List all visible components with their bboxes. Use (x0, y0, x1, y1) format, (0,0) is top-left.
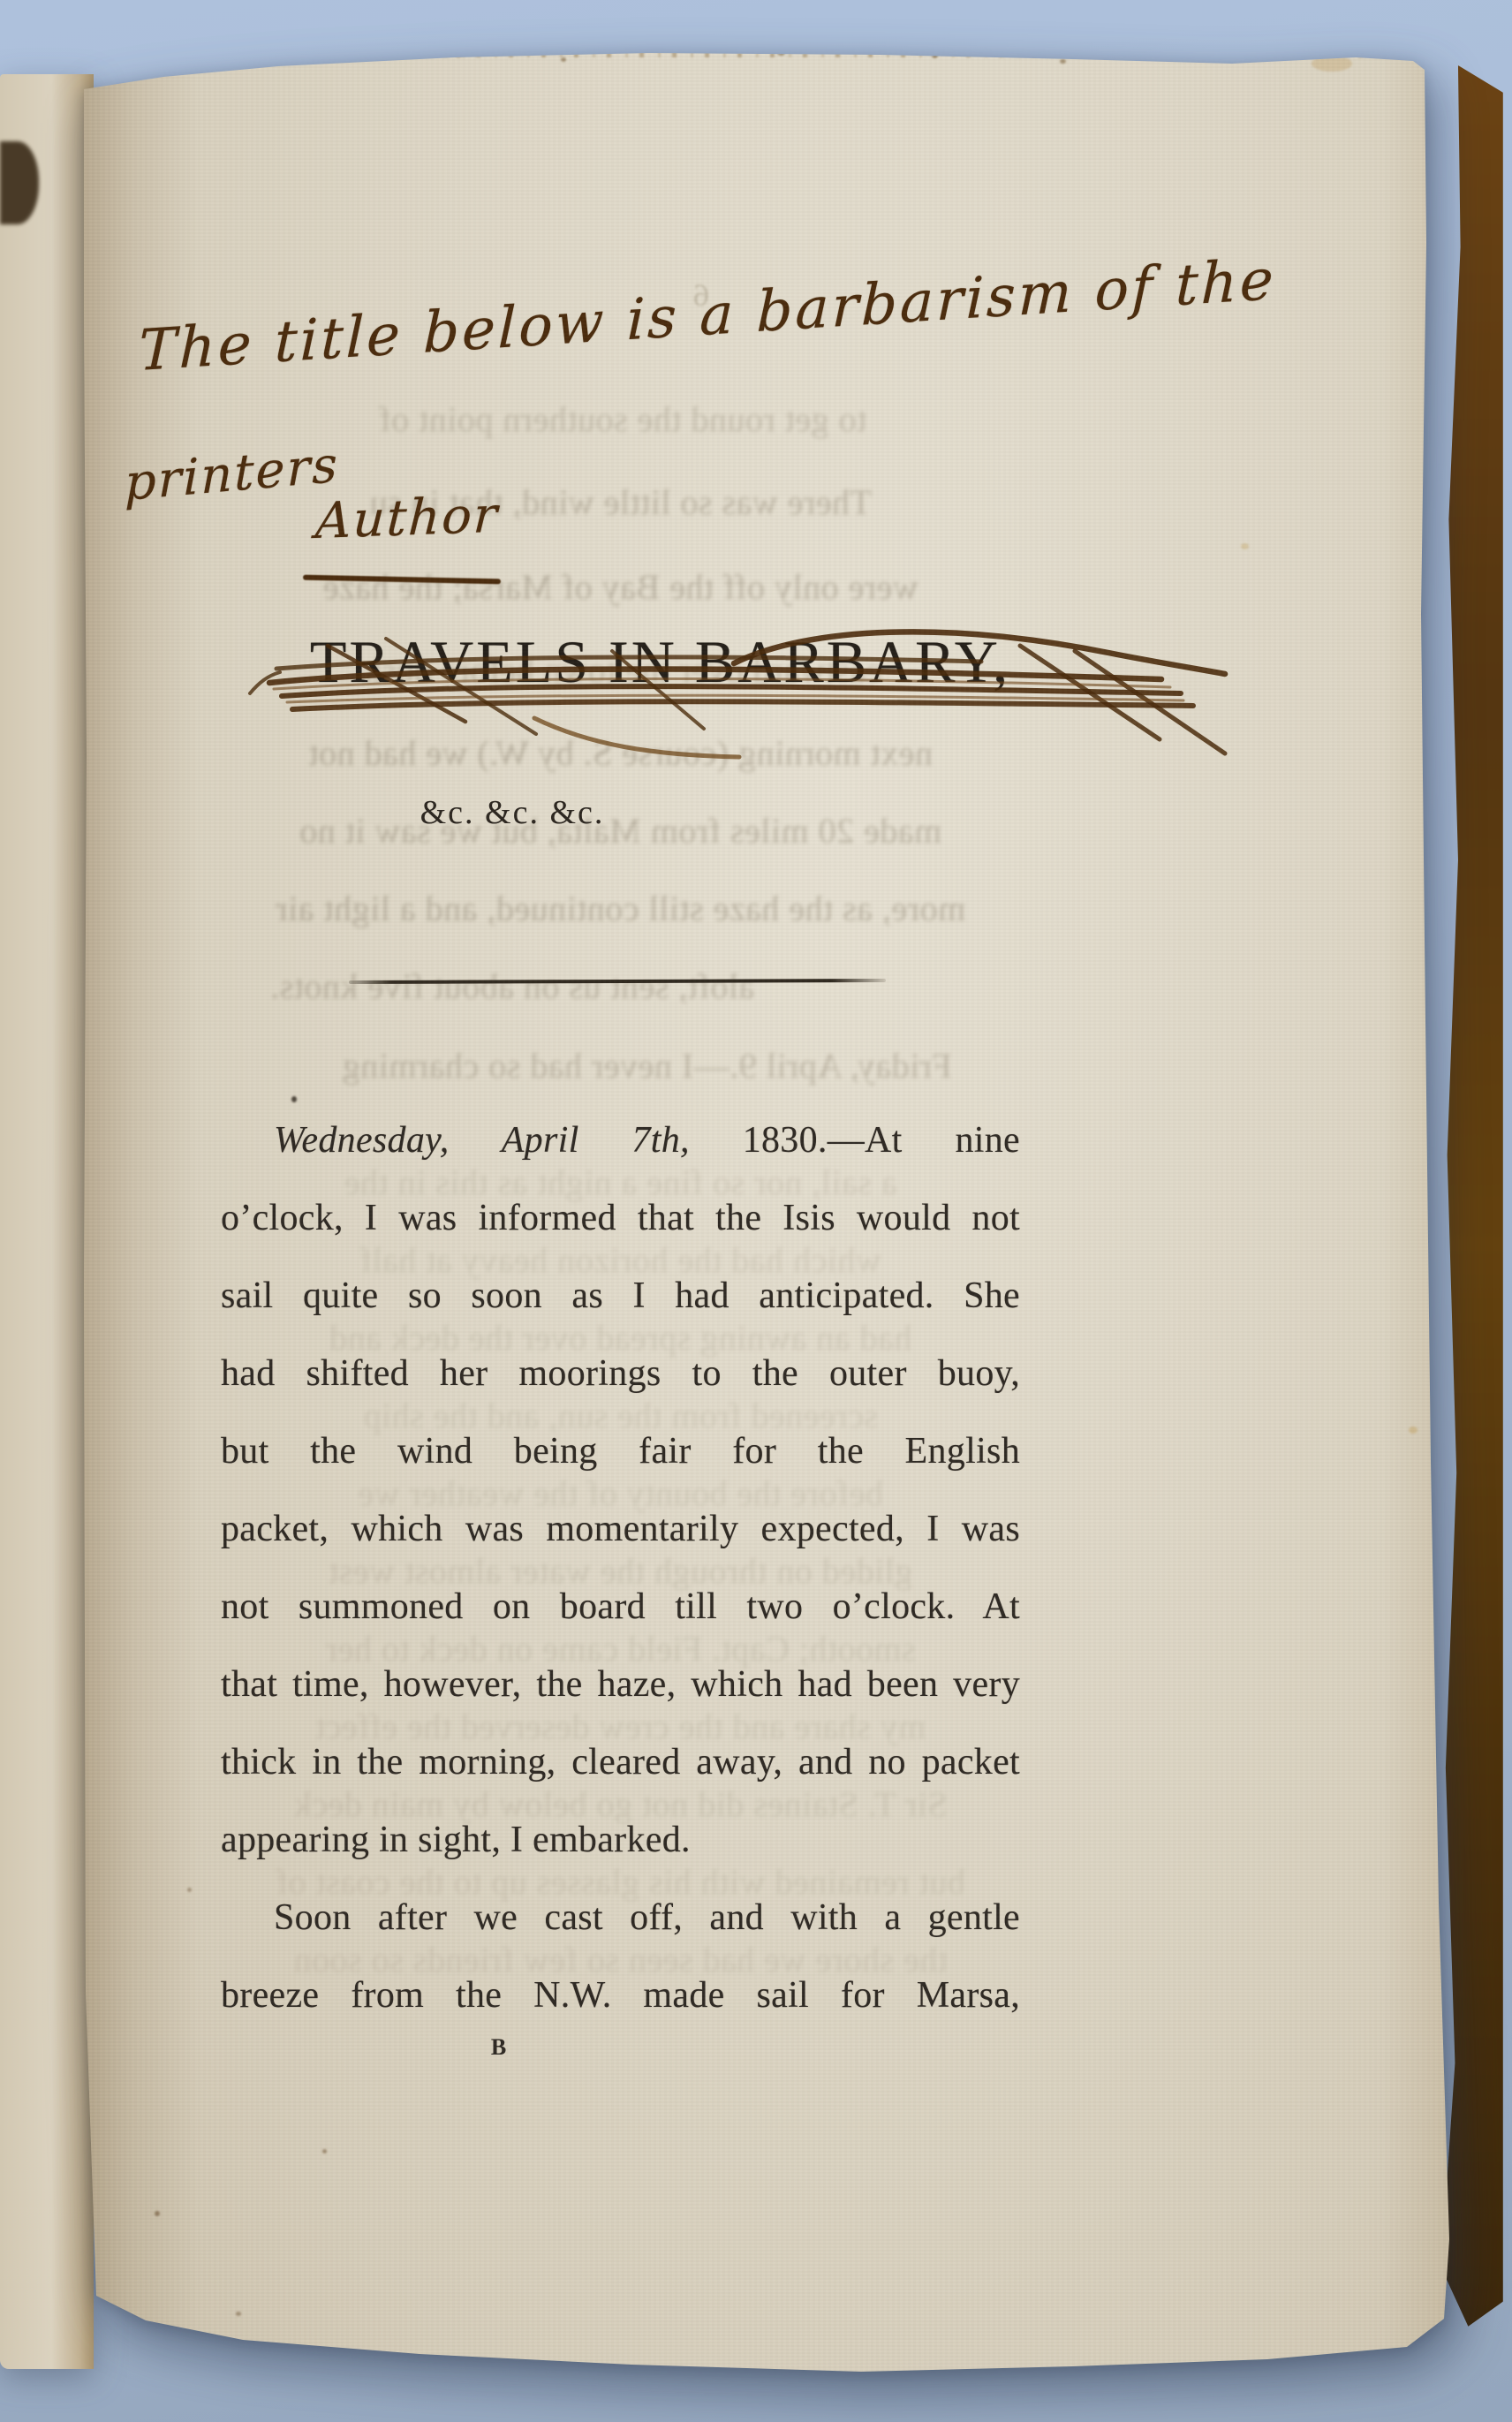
bleedthrough-line: before the bounty of the weather we (238, 1474, 1002, 1513)
print-line: not summoned on board till two o’clock. … (221, 1586, 1020, 1627)
foxing-spot (1312, 56, 1352, 72)
handwriting-author: Author (314, 487, 501, 550)
foxing-spot (1409, 1427, 1417, 1434)
bleedthrough-line: Sir T. Staines did not go below by main … (238, 1785, 1002, 1824)
foxing-spot (291, 1096, 297, 1102)
foxing-spot (455, 52, 462, 57)
foxing-spot (187, 1888, 192, 1892)
bleedthrough-line: aloft, sent us on about five knots. (221, 967, 804, 1006)
handwriting-annotation-line1: The title below is a barbarism of the (138, 247, 1276, 384)
page-gutter-shadow (84, 49, 199, 2373)
bleedthrough-line: but remained with his glasses up to the … (238, 1863, 1002, 1902)
bleedthrough-line: had an awning spread over the deck and (238, 1319, 1002, 1358)
print-line: that time, however, the haze, which had … (221, 1664, 1020, 1705)
foxing-spot (121, 59, 174, 68)
bleedthrough-line: glided on through the water almost west (238, 1552, 1002, 1591)
photo-background: 6 to get round the southern point ofTher… (0, 0, 1512, 2422)
dateline-rest: 1830.—At nine (690, 1120, 1020, 1161)
foxing-spot (561, 57, 566, 62)
print-line: packet, which was momentarily expected, … (221, 1509, 1020, 1549)
foxing-spot (155, 2211, 160, 2216)
bleedthrough-line: screened from the sun, and the ship (238, 1396, 1002, 1435)
bleedthrough-line: the shore we had seen so few friends so … (238, 1941, 1002, 1979)
bleedthrough-line: my share and the crew deserved the effec… (238, 1707, 1002, 1746)
print-line-first: Wednesday, April 7th, 1830.—At nine (221, 1120, 1020, 1161)
print-line: breeze from the N.W. made sail for Marsa… (221, 1975, 1020, 2016)
underlying-page-edge (0, 74, 94, 2369)
print-line: had shifted her moorings to the outer bu… (221, 1353, 1020, 1394)
print-line: but the wind being fair for the English (221, 1431, 1020, 1472)
etcetera-line: &c. &c. &c. (375, 793, 649, 832)
print-line: thick in the morning, cleared away, and … (221, 1742, 1020, 1782)
dateline-italic: Wednesday, April 7th, (274, 1120, 690, 1161)
print-line: o’clock, I was informed that the Isis wo… (221, 1198, 1020, 1238)
foxing-spot (322, 2149, 327, 2153)
page-wrap: 6 to get round the southern point ofTher… (84, 49, 1466, 2373)
foxing-spot (777, 50, 785, 56)
foxing-spot (1060, 59, 1066, 64)
bleedthrough-line: smooth; Capt. Field came on deck to her (238, 1630, 1002, 1669)
signature-mark: B (472, 2034, 525, 2061)
foxing-spot (236, 2312, 241, 2316)
foxing-spot (932, 54, 937, 58)
bleedthrough-line: more, as the haze still continued, and a… (221, 889, 1020, 928)
bleedthrough-line: a sail, nor so fine a night as this in t… (238, 1163, 1002, 1202)
deckle-edge (84, 49, 1466, 57)
bleedthrough-line: to get round the southern point of (375, 400, 870, 439)
bleedthrough-line: Friday, April 9.—I never had so charming (274, 1047, 1020, 1086)
print-line: appearing in sight, I embarked. (221, 1820, 1020, 1860)
print-line: sail quite so soon as I had anticipated.… (221, 1275, 1020, 1316)
foxing-spot (1241, 543, 1249, 549)
book-page: 6 to get round the southern point ofTher… (84, 49, 1466, 2373)
print-line: Soon after we cast off, and with a gentl… (221, 1897, 1020, 1938)
bleedthrough-line: which had the horizon heavy at half (238, 1241, 1002, 1280)
